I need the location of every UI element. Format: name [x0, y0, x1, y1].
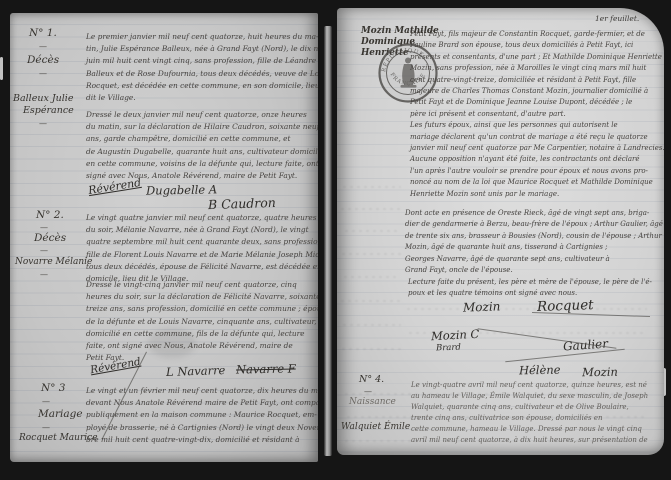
handwritten-line: de trente six ans, brasseur à Bousies (N… — [405, 231, 661, 242]
handwritten-line: devant Nous Anatole Révérend maire de Pe… — [86, 397, 318, 409]
signature-caudron: B Caudron — [208, 195, 276, 212]
handwritten-line: juin mil huit cent vingt cinq, sans prof… — [86, 55, 318, 67]
handwritten-line: présents et consentants, d'une part ; Et… — [410, 52, 662, 63]
handwritten-line: cent quatre-vingt-treize, domiciliée et … — [410, 75, 662, 86]
entry4-body: Le vingt-quatre avril mil neuf cent quat… — [411, 380, 661, 446]
bleedthrough-marks — [407, 308, 647, 310]
handwritten-line: l'un après l'autre vouloir se prendre po… — [410, 166, 662, 177]
handwritten-line: faite, ont signé avec Nous, Anatole Révé… — [86, 340, 318, 352]
bleedthrough-marks — [342, 348, 402, 350]
handwritten-line: Walquiet, quarante cinq ans, cultivateur… — [411, 402, 661, 413]
handwritten-line: mariage déclarent qu'un contrat de maria… — [410, 132, 662, 143]
handwritten-line: quatre septembre mil huit cent quarante … — [86, 236, 318, 248]
entry3-margin-type: Mariage — [38, 408, 83, 420]
entry1-body: Le premier janvier mil neuf cent quatorz… — [86, 31, 318, 104]
registry-scan-spread: N° 1. — Décès — Balleux Julie Espérance … — [0, 0, 671, 480]
handwritten-line: Dont acte en présence de Oreste Rieck, â… — [405, 208, 661, 219]
entry1-margin-number: N° 1. — [29, 27, 57, 39]
handwritten-line: Le vingt et un février mil neuf cent qua… — [86, 385, 318, 397]
signature-navarre-f: Navarre F — [236, 361, 296, 376]
entry1-margin-dash1: — — [39, 42, 46, 51]
entry3-margin-dash2: — — [42, 423, 49, 432]
handwritten-line: Balleux et de Rose Dufournia, tous deux … — [86, 68, 318, 80]
handwritten-line: Aucune opposition n'ayant été faite, les… — [410, 154, 662, 165]
folio-corner-note: 1er feuillet. — [595, 14, 639, 23]
handwritten-line: Dressé le vingt-cinq janvier mil neuf ce… — [86, 279, 318, 291]
entry2-margin-number: N° 2. — [36, 209, 64, 221]
entry2-margin-type: Décès — [34, 232, 66, 244]
handwritten-line: Le premier janvier mil neuf cent quatorz… — [86, 31, 318, 43]
marriage-act-para3: Lecture faite du présent, les père et mè… — [408, 277, 662, 299]
entry2-margin-dash3: — — [40, 270, 47, 279]
handwritten-line: tous deux décédés, épouse de Félicité Na… — [86, 261, 318, 273]
handwritten-line: du soir, Mélanie Navarre, née à Grand Fa… — [86, 224, 318, 236]
entry3-body: Le vingt et un février mil neuf cent qua… — [86, 385, 318, 446]
handwritten-line: cette commune, hameau le Village. Dressé… — [411, 424, 661, 435]
signature-brard: Brard — [436, 343, 461, 354]
handwritten-line: en cette commune, voisins de la défunte … — [86, 158, 318, 170]
handwritten-line: de Augustin Dugabelle, quarante huit ans… — [86, 146, 318, 158]
handwritten-line: fille de Florent Louis Navarre et de Mar… — [86, 249, 318, 261]
handwritten-line: de la défunte et de Louis Navarre, cinqu… — [86, 316, 318, 328]
marriage-act-para1: Petit Fayt, fils majeur de Constantin Ro… — [410, 29, 662, 200]
handwritten-line: bre mil huit cent quatre-vingt-dix, domi… — [86, 434, 318, 446]
handwritten-line: janvier mil neuf cent quatorze par Me Ca… — [410, 143, 662, 154]
handwritten-line: Grand Fayt, oncle de l'épouse. — [405, 265, 661, 276]
handwritten-line: Mozin, âgé de quarante huit ans, tissera… — [405, 242, 661, 253]
entry2-act: Dressé le vingt-cinq janvier mil neuf ce… — [86, 279, 318, 364]
handwritten-line: Les futurs époux, ainsi que les personne… — [410, 120, 662, 131]
handwritten-line: poux et les quatre témoins ont signé ave… — [408, 288, 662, 299]
signature-l-navarre: L Navarre — [166, 363, 226, 379]
page-edge-left-sliver — [0, 57, 3, 80]
handwritten-line: Lecture faite du présent, les père et mè… — [408, 277, 662, 288]
right-page: 1er feuillet. Mozin MathildeDominiqueHen… — [337, 8, 664, 455]
handwritten-line: Petit Fayt et de Dominique Jeanne Louise… — [410, 97, 662, 108]
handwritten-line: noncé au nom de la loi que Maurice Rocqu… — [410, 177, 662, 188]
entry3-margin-number: N° 3 — [41, 382, 65, 394]
bleedthrough-marks — [341, 208, 401, 210]
signature-mozin-c: Mozin C — [431, 327, 480, 344]
bleedthrough-marks — [344, 276, 400, 278]
handwritten-line: Le vingt quatre janvier mil neuf cent qu… — [86, 212, 318, 224]
marriage-act-para2: Dont acte en présence de Oreste Rieck, â… — [405, 208, 661, 276]
entry4-margin-dash: — — [364, 387, 371, 396]
bleedthrough-marks — [343, 186, 401, 188]
handwritten-line: avril mil neuf cent quatorze, à dix huit… — [411, 435, 661, 446]
entry1-act: Dressé le deux janvier mil neuf cent qua… — [86, 109, 318, 182]
entry1-margin-dash3: — — [39, 119, 46, 128]
handwritten-line: ans, garde champêtre, domicilié en cette… — [86, 133, 318, 145]
handwritten-line: domicilié en cette commune, fils de la d… — [86, 328, 318, 340]
left-page: N° 1. — Décès — Balleux Julie Espérance … — [10, 13, 318, 462]
handwritten-line: heures du soir, sur la déclaration de Fé… — [86, 291, 318, 303]
bleedthrough-marks — [343, 324, 401, 326]
handwritten-line: Le vingt-quatre avril mil neuf cent quat… — [411, 380, 661, 391]
entry4-margin-type: Naissance — [349, 397, 396, 407]
handwritten-line: Georges Navarre, âgé de quarante sept an… — [405, 254, 661, 265]
handwritten-line: Dressé le deux janvier mil neuf cent qua… — [86, 109, 318, 121]
handwritten-line: publiquement en la maison commune : Maur… — [86, 409, 318, 421]
entry1-margin-type: Décès — [27, 54, 59, 66]
handwritten-line: Mozin, sans profession, née à Maroilles … — [410, 63, 662, 74]
signature-dugabelle: Dugabelle A — [146, 182, 217, 197]
handwritten-line: treize ans, sans profession, domicilié e… — [86, 303, 318, 315]
entry1-margin-name-line2: Espérance — [23, 105, 74, 116]
handwritten-line: Henriette Mozin sont unis par le mariage… — [410, 189, 662, 200]
entry4-margin-name: Walquiet Émile — [341, 422, 410, 432]
entry2-body: Le vingt quatre janvier mil neuf cent qu… — [86, 212, 318, 285]
handwritten-line: au hameau le Village, Émile Walquiet, du… — [411, 391, 661, 402]
handwritten-line: du matin, sur la déclaration de Hilaire … — [86, 121, 318, 133]
handwritten-line: ployé de brasserie, né à Cartignies (Nor… — [86, 422, 318, 434]
handwritten-line: Petit Fayt, fils majeur de Constantin Ro… — [410, 29, 662, 40]
signature-mozin-helene: Mozin — [582, 365, 618, 380]
binding-edge — [324, 26, 332, 456]
handwritten-line: majeure de Charles Thomas Constant Mozin… — [410, 86, 662, 97]
entry3-margin-dash1: — — [42, 397, 49, 406]
entry2-margin-dash1: — — [40, 223, 47, 232]
signature-helene: Hélène — [519, 363, 561, 378]
signature-mozin-groom-row: Mozin — [463, 299, 501, 314]
entry2-margin-dash2: — — [40, 246, 47, 255]
entry1-margin-dash2: — — [39, 69, 46, 78]
handwritten-line: dit le Village. — [86, 92, 318, 104]
entry4-margin-number: N° 4. — [359, 374, 384, 385]
bleedthrough-marks — [345, 230, 400, 232]
entry1-margin-name-line1: Balleux Julie — [13, 93, 73, 104]
handwritten-line: Pauline Brard son épouse, tous deux domi… — [410, 40, 662, 51]
bleedthrough-marks — [341, 300, 401, 302]
handwritten-line: père ici présent et consentant, d'autre … — [410, 109, 662, 120]
handwritten-line: Rocquet, est décédée en cette commune, e… — [86, 80, 318, 92]
handwritten-line: trente cinq ans, cultivatrice son épouse… — [411, 413, 661, 424]
entry2-margin-name: Novarre Mélanie — [15, 257, 92, 267]
handwritten-line: dier de gendarmerie à Berzu, beau-frère … — [405, 219, 661, 230]
handwritten-line: tin, Julie Espérance Balleux, née à Gran… — [86, 43, 318, 55]
bleedthrough-marks — [342, 253, 402, 255]
